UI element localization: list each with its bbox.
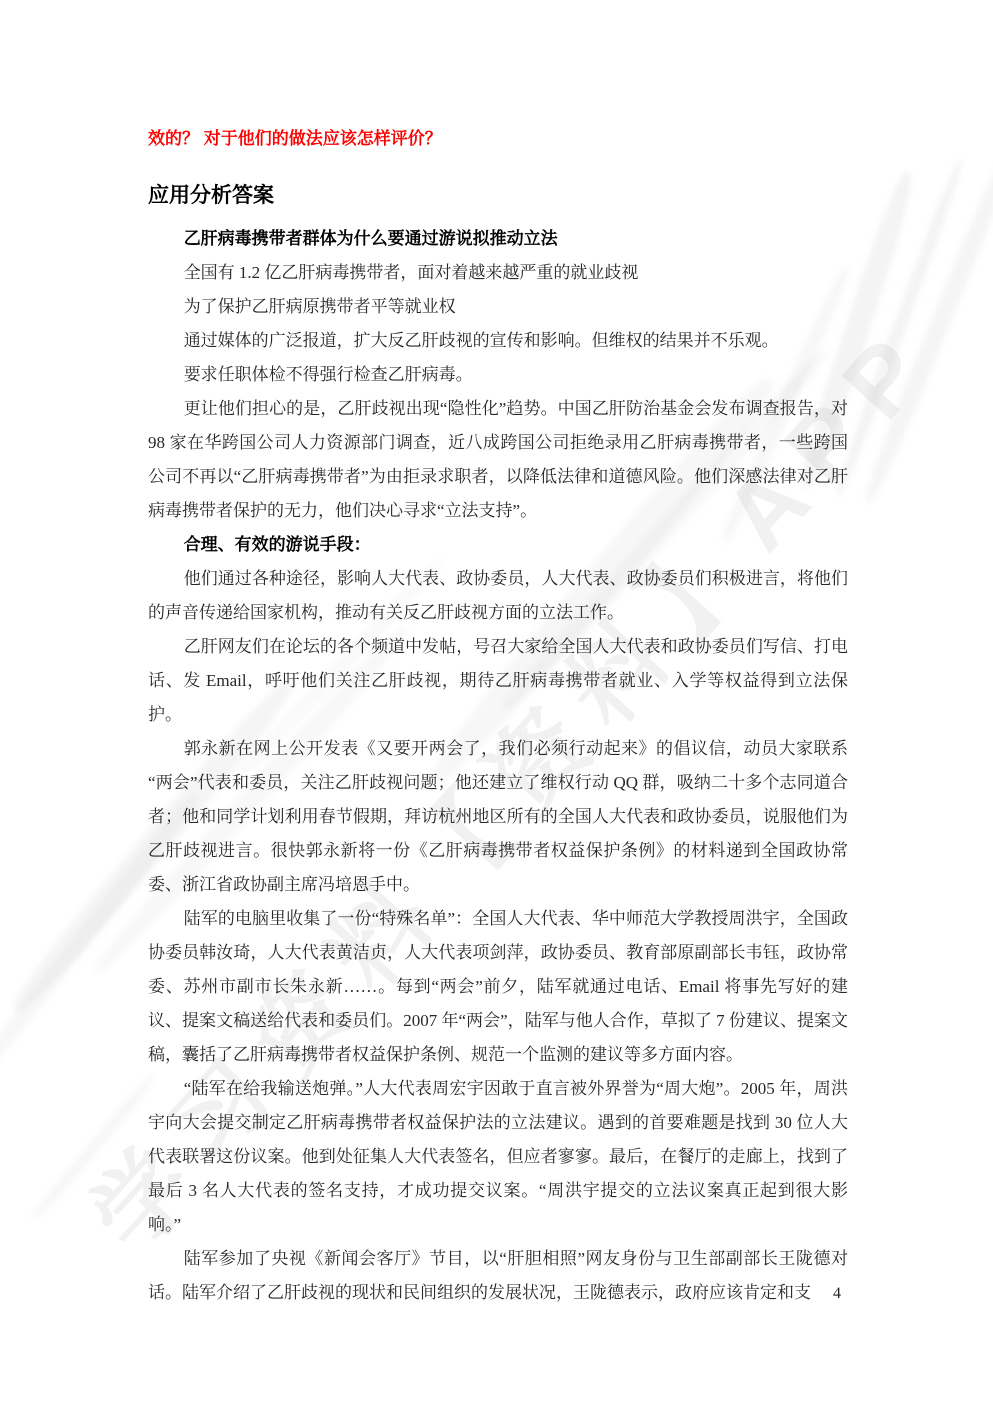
paragraph: “陆军在给我输送炮弹。”人大代表周宏宇因敢于直言被外界誉为“周大炮”。2005 … bbox=[148, 1072, 848, 1242]
watermark-brush-stroke bbox=[833, 158, 967, 496]
paragraph: 更让他们担心的是，乙肝歧视出现“隐性化”趋势。中国乙肝防治基金会发布调查报告，对… bbox=[148, 392, 848, 528]
paragraph: 陆军的电脑里收集了一份“特殊名单”：全国人大代表、华中师范大学教授周洪宇，全国政… bbox=[148, 902, 848, 1072]
subheading-lobby-methods: 合理、有效的游说手段： bbox=[148, 528, 848, 562]
watermark-brush-stroke bbox=[860, 145, 993, 504]
paragraph: 乙肝网友们在论坛的各个频道中发帖，号召大家给全国人大代表和政协委员们写信、打电话… bbox=[148, 630, 848, 732]
paragraph: 要求任职体检不得强行检查乙肝病毒。 bbox=[148, 358, 848, 392]
page-number: 4 bbox=[833, 1284, 841, 1304]
paragraph: 郭永新在网上公开发表《又要开两会了，我们必须行动起来》的倡议信，动员大家联系“两… bbox=[148, 732, 848, 902]
document-content: 效的？ 对于他们的做法应该怎样评价？ 应用分析答案 乙肝病毒携带者群体为什么要通… bbox=[148, 128, 848, 1310]
document-page: 学习资料【资料】APP 效的？ 对于他们的做法应该怎样评价？ 应用分析答案 乙肝… bbox=[0, 0, 993, 1404]
paragraph: 通过媒体的广泛报道，扩大反乙肝歧视的宣传和影响。但维权的结果并不乐观。 bbox=[148, 324, 848, 358]
red-question-note: 效的？ 对于他们的做法应该怎样评价？ bbox=[148, 128, 848, 150]
paragraph: 陆军参加了央视《新闻会客厅》节目，以“肝胆相照”网友身份与卫生部副部长王陇德对话… bbox=[148, 1242, 848, 1310]
paragraph: 他们通过各种途径，影响人大代表、政协委员，人大代表、政协委员们积极进言，将他们的… bbox=[148, 562, 848, 630]
watermark-brush-stroke bbox=[30, 1073, 157, 1222]
subheading-why-lobby: 乙肝病毒携带者群体为什么要通过游说拟推动立法 bbox=[148, 222, 848, 256]
paragraph: 全国有 1.2 亿乙肝病毒携带者，面对着越来越严重的就业歧视 bbox=[148, 256, 848, 290]
paragraph: 为了保护乙肝病原携带者平等就业权 bbox=[148, 290, 848, 324]
section-title: 应用分析答案 bbox=[148, 183, 848, 209]
